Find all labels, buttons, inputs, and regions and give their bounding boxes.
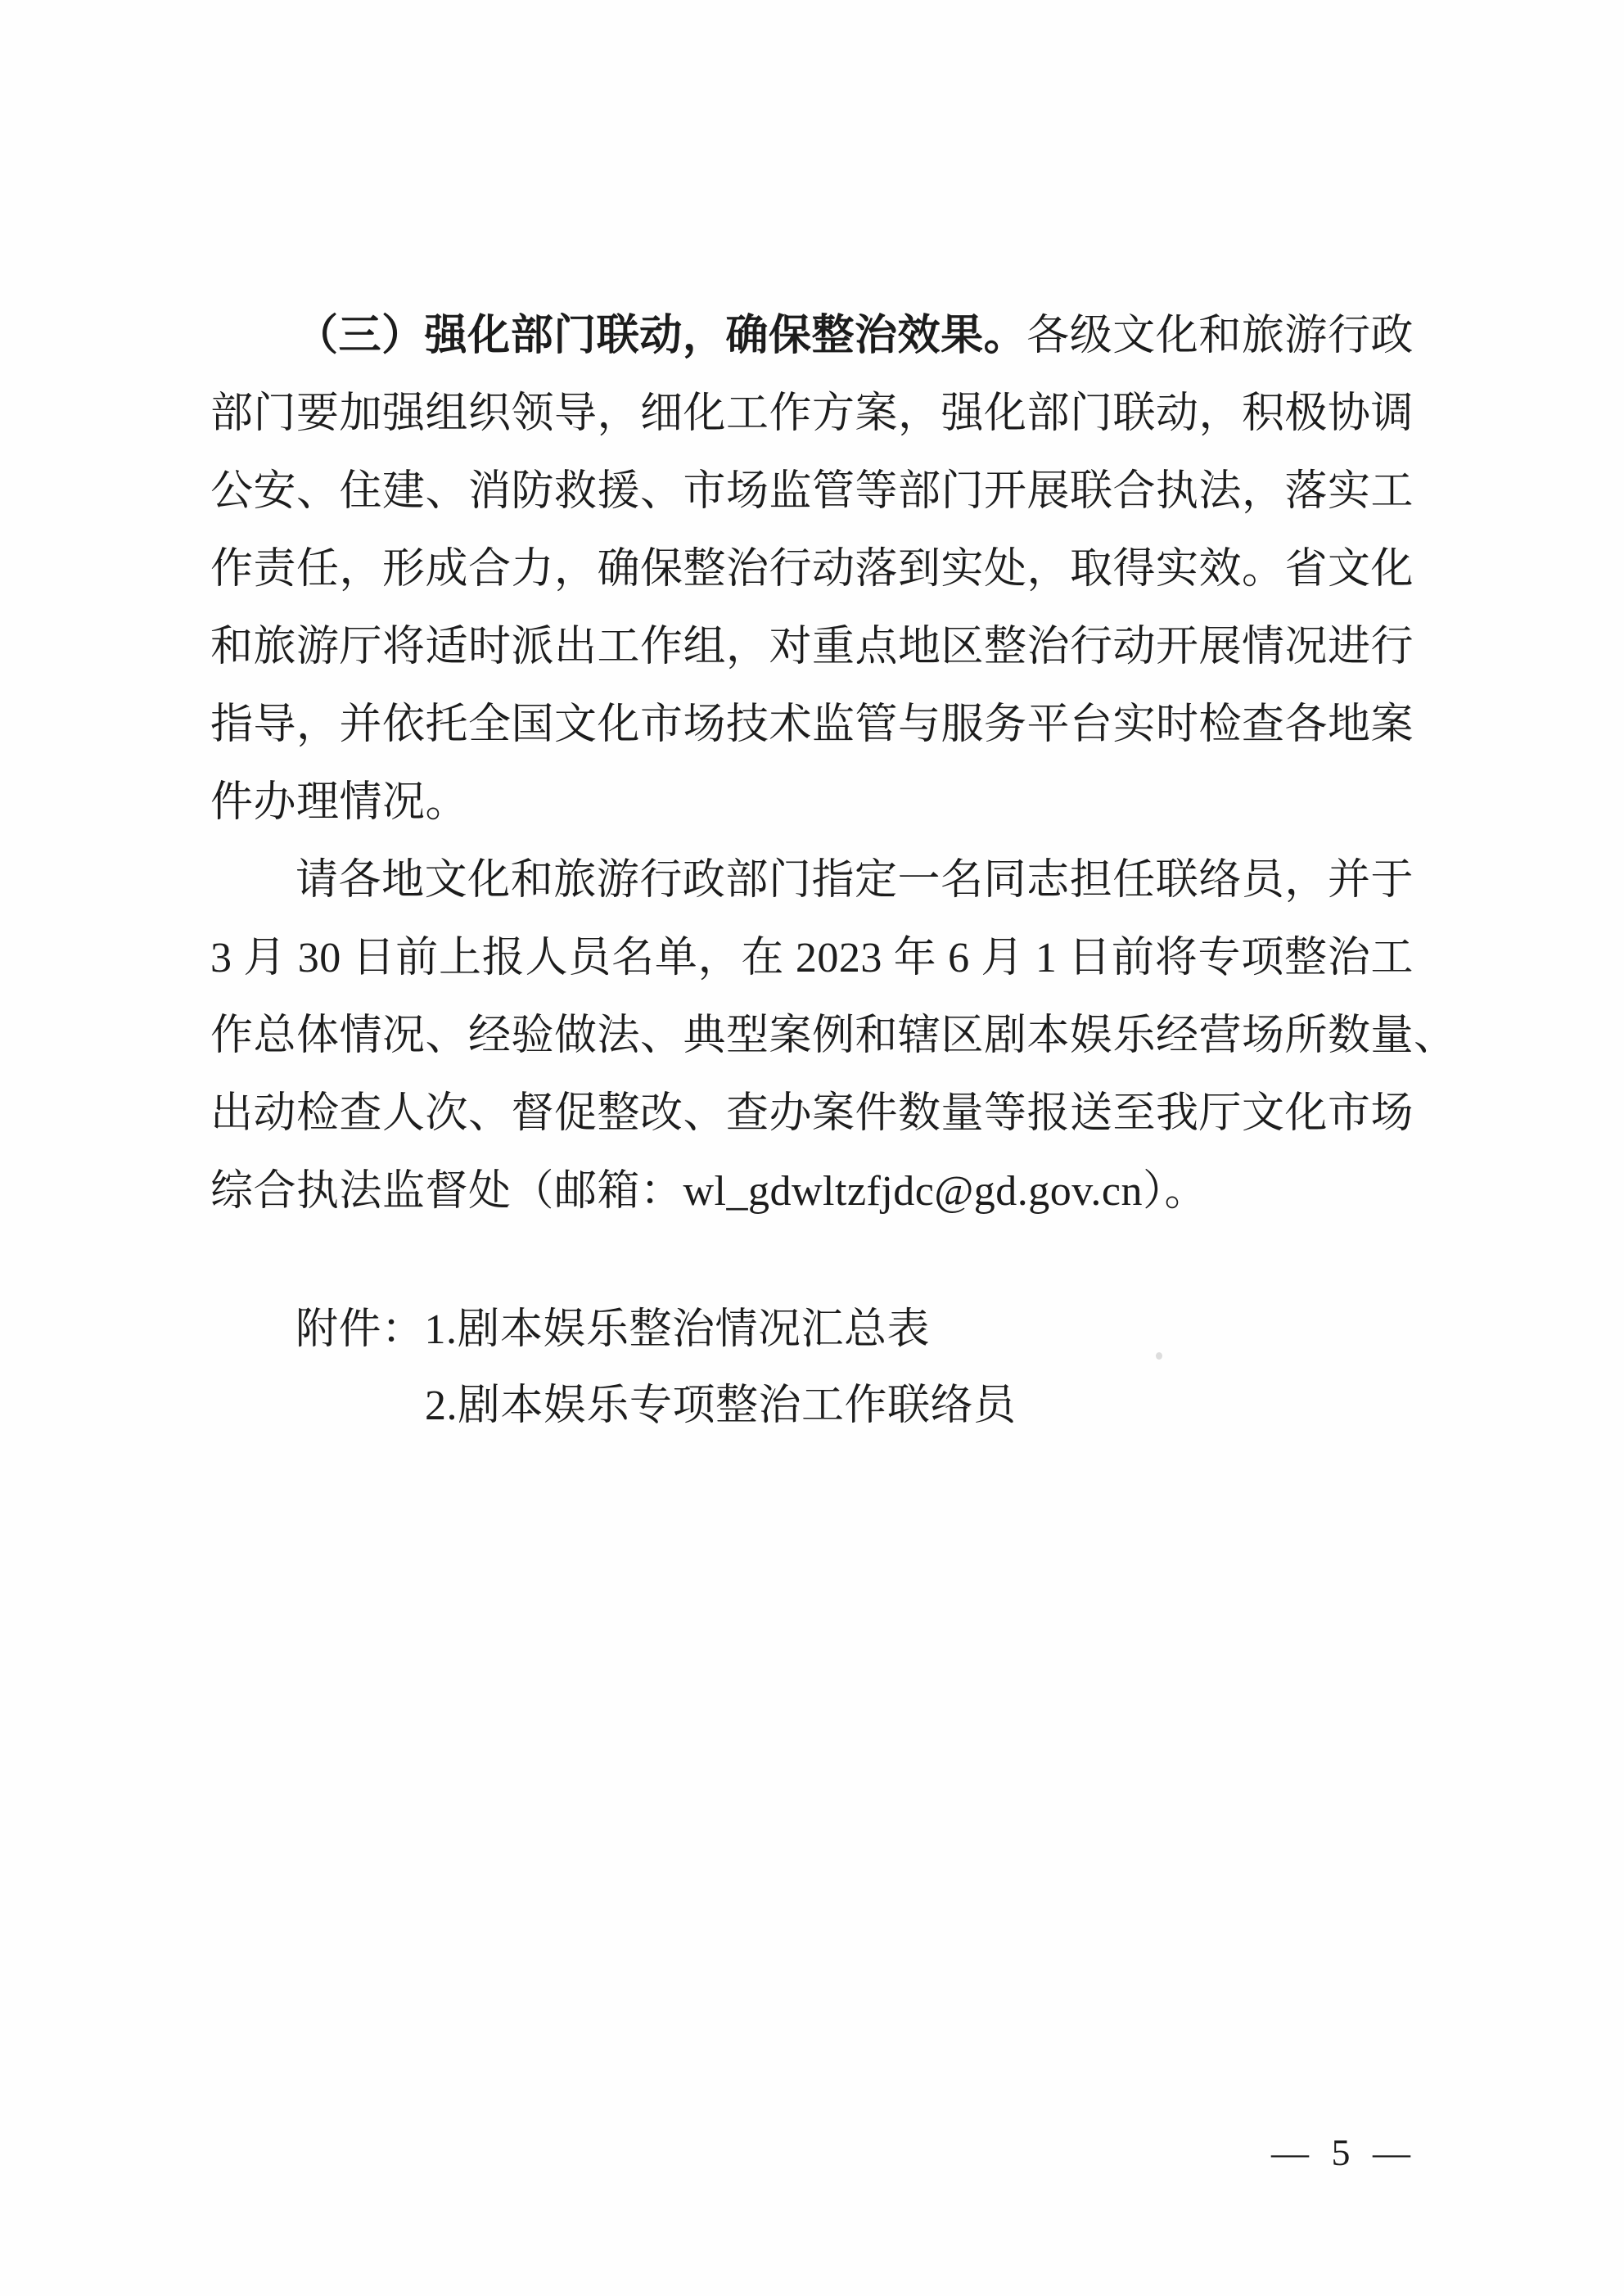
- section-heading: （三）强化部门联动，确保整治效果。: [295, 313, 1026, 359]
- document-page: （三）强化部门联动，确保整治效果。各级文化和旅游行政 部门要加强组织领导，细化工…: [0, 0, 1624, 2296]
- attachments-label: 附件：: [295, 1306, 425, 1353]
- body-line: 公安、住建、消防救援、市场监管等部门开展联合执法，落实工: [210, 453, 1414, 530]
- attachment-line: 附件：1.剧本娱乐整治情况汇总表: [210, 1292, 1414, 1368]
- body-line: 作责任，形成合力，确保整治行动落到实处，取得实效。省文化: [210, 530, 1414, 608]
- body-line: 作总体情况、经验做法、典型案例和辖区剧本娱乐经营场所数量、: [210, 997, 1414, 1075]
- body-line: 综合执法监督处（邮箱：wl_gdwltzfjdc@gd.gov.cn）。: [210, 1153, 1414, 1230]
- body-line: 件办理情况。: [210, 764, 1414, 841]
- section-heading-continuation: 各级文化和旅游行政: [1026, 313, 1414, 359]
- scan-artifact: [1156, 1352, 1162, 1360]
- attachment-item: 1.剧本娱乐整治情况汇总表: [425, 1306, 931, 1353]
- body-line: （三）强化部门联动，确保整治效果。各级文化和旅游行政: [210, 297, 1414, 375]
- body-line: 指导，并依托全国文化市场技术监管与服务平台实时检查各地案: [210, 686, 1414, 764]
- body-line: 部门要加强组织领导，细化工作方案，强化部门联动，积极协调: [210, 375, 1414, 453]
- body-line: 请各地文化和旅游行政部门指定一名同志担任联络员，并于: [210, 841, 1414, 919]
- attachments-block: 附件：1.剧本娱乐整治情况汇总表 2.剧本娱乐专项整治工作联络员: [210, 1292, 1414, 1444]
- body-text: （三）强化部门联动，确保整治效果。各级文化和旅游行政 部门要加强组织领导，细化工…: [210, 297, 1414, 1230]
- attachment-line: 2.剧本娱乐专项整治工作联络员: [210, 1368, 1414, 1444]
- body-line: 出动检查人次、督促整改、查办案件数量等报送至我厅文化市场: [210, 1075, 1414, 1153]
- body-line: 3 月 30 日前上报人员名单，在 2023 年 6 月 1 日前将专项整治工: [210, 919, 1414, 997]
- body-line: 和旅游厅将适时派出工作组，对重点地区整治行动开展情况进行: [210, 608, 1414, 686]
- page-number: — 5 —: [1229, 2128, 1459, 2177]
